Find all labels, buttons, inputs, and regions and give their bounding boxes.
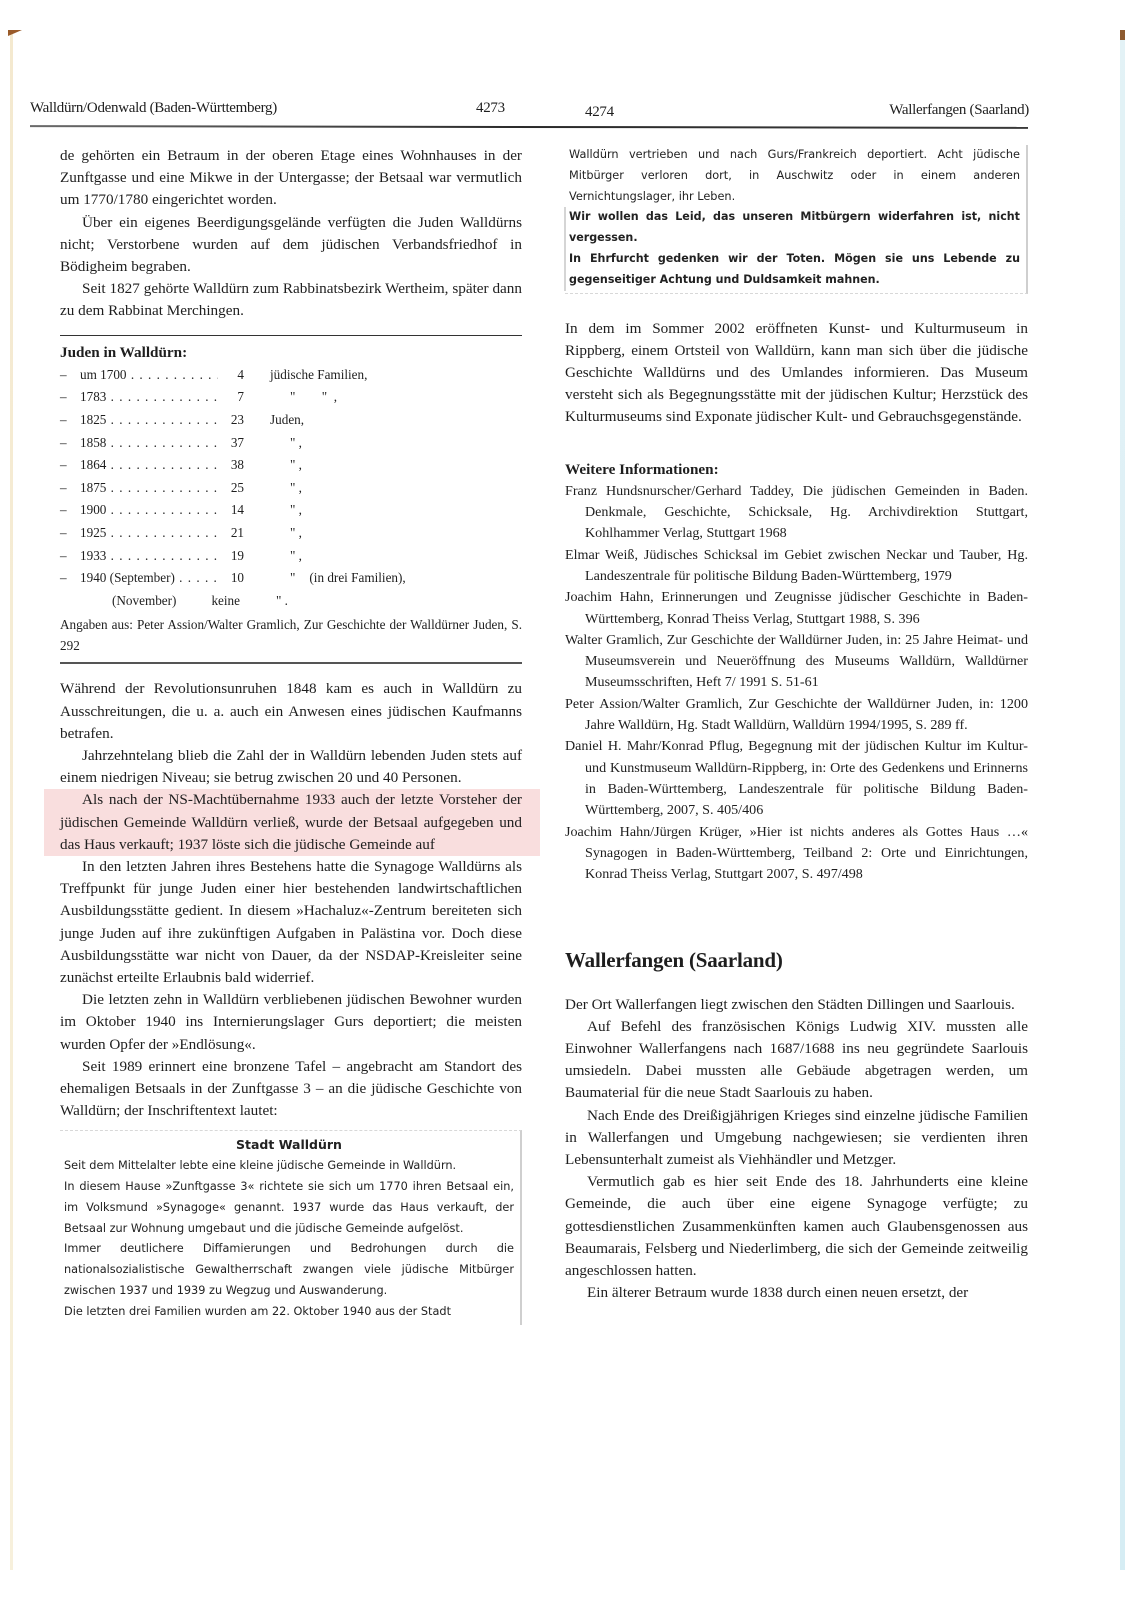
stats-row: – 1933 19 " , [60,545,522,568]
header-rule [30,125,1028,129]
stats-row: – 1925 21 " , [60,522,522,545]
stats-row: – 1875 25 " , [60,477,522,500]
stats-unit: " , [254,477,522,500]
stats-source: Angaben aus: Peter Assion/Walter Gramlic… [60,614,522,656]
plaque-inscription-continued: Walldürn vertrieben und nach Gurs/Frankr… [565,145,1028,294]
reference-item: Joachim Hahn/Jürgen Krüger, »Hier ist ni… [565,822,1028,886]
plaque-line: Walldürn vertrieben und nach Gurs/Frankr… [569,145,1020,207]
page-edge-right [1120,30,1125,1570]
references-list: Franz Hundsnurscher/Gerhard Taddey, Die … [565,481,1028,886]
body-paragraph: Die letzten zehn in Walldürn verbliebene… [60,989,522,1056]
stats-value: 21 [218,522,254,545]
stats-row: – 1825 23 Juden, [60,409,522,432]
stats-value: 19 [218,545,254,568]
right-column: Walldürn vertrieben und nach Gurs/Frankr… [565,145,1028,1304]
body-paragraph: Seit 1989 erinnert eine bronzene Tafel –… [60,1056,522,1123]
stats-value: 25 [218,477,254,500]
stats-year: 1858 [80,432,230,455]
stats-value: 37 [218,432,254,455]
stats-unit: " , [254,522,522,545]
intro-paragraph: Über ein eigenes Beerdigungsgelände verf… [60,212,522,279]
stats-value: 14 [218,499,254,522]
section-paragraph: Ein älterer Betraum wurde 1838 durch ein… [565,1282,1028,1304]
body-paragraph: Während der Revolutionsunruhen 1848 kam … [60,678,522,745]
stats-year: 1940 (September) [80,567,230,590]
stats-value: 38 [218,454,254,477]
reference-item: Franz Hundsnurscher/Gerhard Taddey, Die … [565,481,1028,545]
section-paragraph: Nach Ende des Dreißigjährigen Krieges si… [565,1105,1028,1172]
stats-dash: – [60,432,80,455]
intro-paragraph: Seit 1827 gehörte Walldürn zum Rabbinats… [60,278,522,322]
reference-item: Walter Gramlich, Zur Geschichte der Wall… [565,630,1028,694]
stats-unit: " , [254,545,522,568]
stats-year: (November) [80,590,190,613]
running-head-left: Walldürn/Odenwald (Baden-Württemberg) [30,100,277,117]
stats-value: 10 [218,567,254,590]
stats-dash: – [60,522,80,545]
stats-title: Juden in Walldürn: [60,342,522,364]
stats-dash: – [60,409,80,432]
body-paragraph: In den letzten Jahren ihres Bestehens ha… [60,856,522,989]
stats-row: – um 1700 4 jüdische Familien, [60,364,522,387]
section-paragraph: Auf Befehl des französischen Königs Ludw… [565,1016,1028,1105]
stats-row: – 1900 14 " , [60,499,522,522]
stats-row: (November) keine " . [60,590,522,613]
references-title: Weitere Informationen: [565,459,1028,481]
population-stats-box: Juden in Walldürn: – um 1700 4 jüdische … [60,342,522,657]
binding-corner-mark-right [1120,30,1125,40]
stats-dash [60,590,80,613]
stats-year: 1900 [80,499,230,522]
stats-row: – 1940 (September) 10 " (in drei Familie… [60,567,522,590]
stats-value: 23 [218,409,254,432]
highlighted-paragraph: Als nach der NS-Machtübernahme 1933 auch… [44,789,540,856]
section-title: Wallerfangen (Saarland) [565,949,1028,971]
plaque-line: Seit dem Mittelalter lebte eine kleine j… [64,1156,514,1177]
stats-unit: " , [254,432,522,455]
reference-item: Elmar Weiß, Jüdisches Schicksal im Gebie… [565,545,1028,588]
binding-corner-mark [8,30,22,36]
left-column: de gehörten ein Betraum in der oberen Et… [60,145,522,1325]
stats-year: 1825 [80,409,230,432]
plaque-line: Immer deutlichere Diffamierungen und Bed… [64,1239,514,1301]
plaque-line: Die letzten drei Familien wurden am 22. … [64,1302,514,1323]
plaque-title: Stadt Walldürn [64,1135,514,1156]
stats-bottom-rule [60,662,522,664]
reference-item: Daniel H. Mahr/Konrad Pflug, Begegnung m… [565,736,1028,821]
stats-dash: – [60,454,80,477]
stats-row: – 1864 38 " , [60,454,522,477]
intro-paragraph: de gehörten ein Betraum in der oberen Et… [60,145,522,212]
plaque-inscription: Stadt Walldürn Seit dem Mittelalter lebt… [60,1130,522,1324]
stats-year: 1864 [80,454,230,477]
stats-dash: – [60,567,80,590]
plaque-line: In diesem Hause »Zunftgasse 3« richtete … [64,1177,514,1239]
stats-year: 1875 [80,477,230,500]
stats-year: 1933 [80,545,230,568]
stats-value: 4 [218,364,254,387]
stats-year: 1783 [80,386,230,409]
section-paragraph: Vermutlich gab es hier seit Ende des 18.… [565,1171,1028,1282]
plaque-bold-line: Wir wollen das Leid, das unseren Mitbürg… [564,207,1020,249]
stats-unit: " " , [254,386,522,409]
page-edge-left [10,30,13,1570]
stats-top-rule [60,335,522,336]
stats-dash: – [60,364,80,387]
running-head-right: Wallerfangen (Saarland) [889,102,1029,119]
stats-row: – 1858 37 " , [60,432,522,455]
stats-value: 7 [218,386,254,409]
stats-row: – 1783 7 " " , [60,386,522,409]
stats-dash: – [60,477,80,500]
page-number-right: 4274 [585,104,614,121]
stats-unit: jüdische Familien, [254,364,522,387]
stats-unit: " [254,567,295,590]
reference-item: Joachim Hahn, Erinnerungen und Zeugnisse… [565,587,1028,630]
body-paragraph: Jahrzehntelang blieb die Zahl der in Wal… [60,745,522,789]
stats-dash: – [60,499,80,522]
stats-year: um 1700 [80,364,230,387]
stats-unit: " . [240,590,288,613]
section-paragraph: Der Ort Wallerfangen liegt zwischen den … [565,994,1028,1016]
reference-item: Peter Assion/Walter Gramlich, Zur Geschi… [565,694,1028,737]
stats-unit: " , [254,454,522,477]
museum-paragraph: In dem im Sommer 2002 eröffneten Kunst- … [565,318,1028,429]
page-number-left: 4273 [476,100,505,117]
stats-dash: – [60,386,80,409]
plaque-bold-line: In Ehrfurcht gedenken wir der Toten. Mög… [564,249,1020,291]
stats-value: keine [196,590,240,613]
stats-dash: – [60,545,80,568]
stats-note: (in drei Familien), [295,567,405,590]
stats-unit: Juden, [254,409,522,432]
stats-year: 1925 [80,522,230,545]
stats-unit: " , [254,499,522,522]
